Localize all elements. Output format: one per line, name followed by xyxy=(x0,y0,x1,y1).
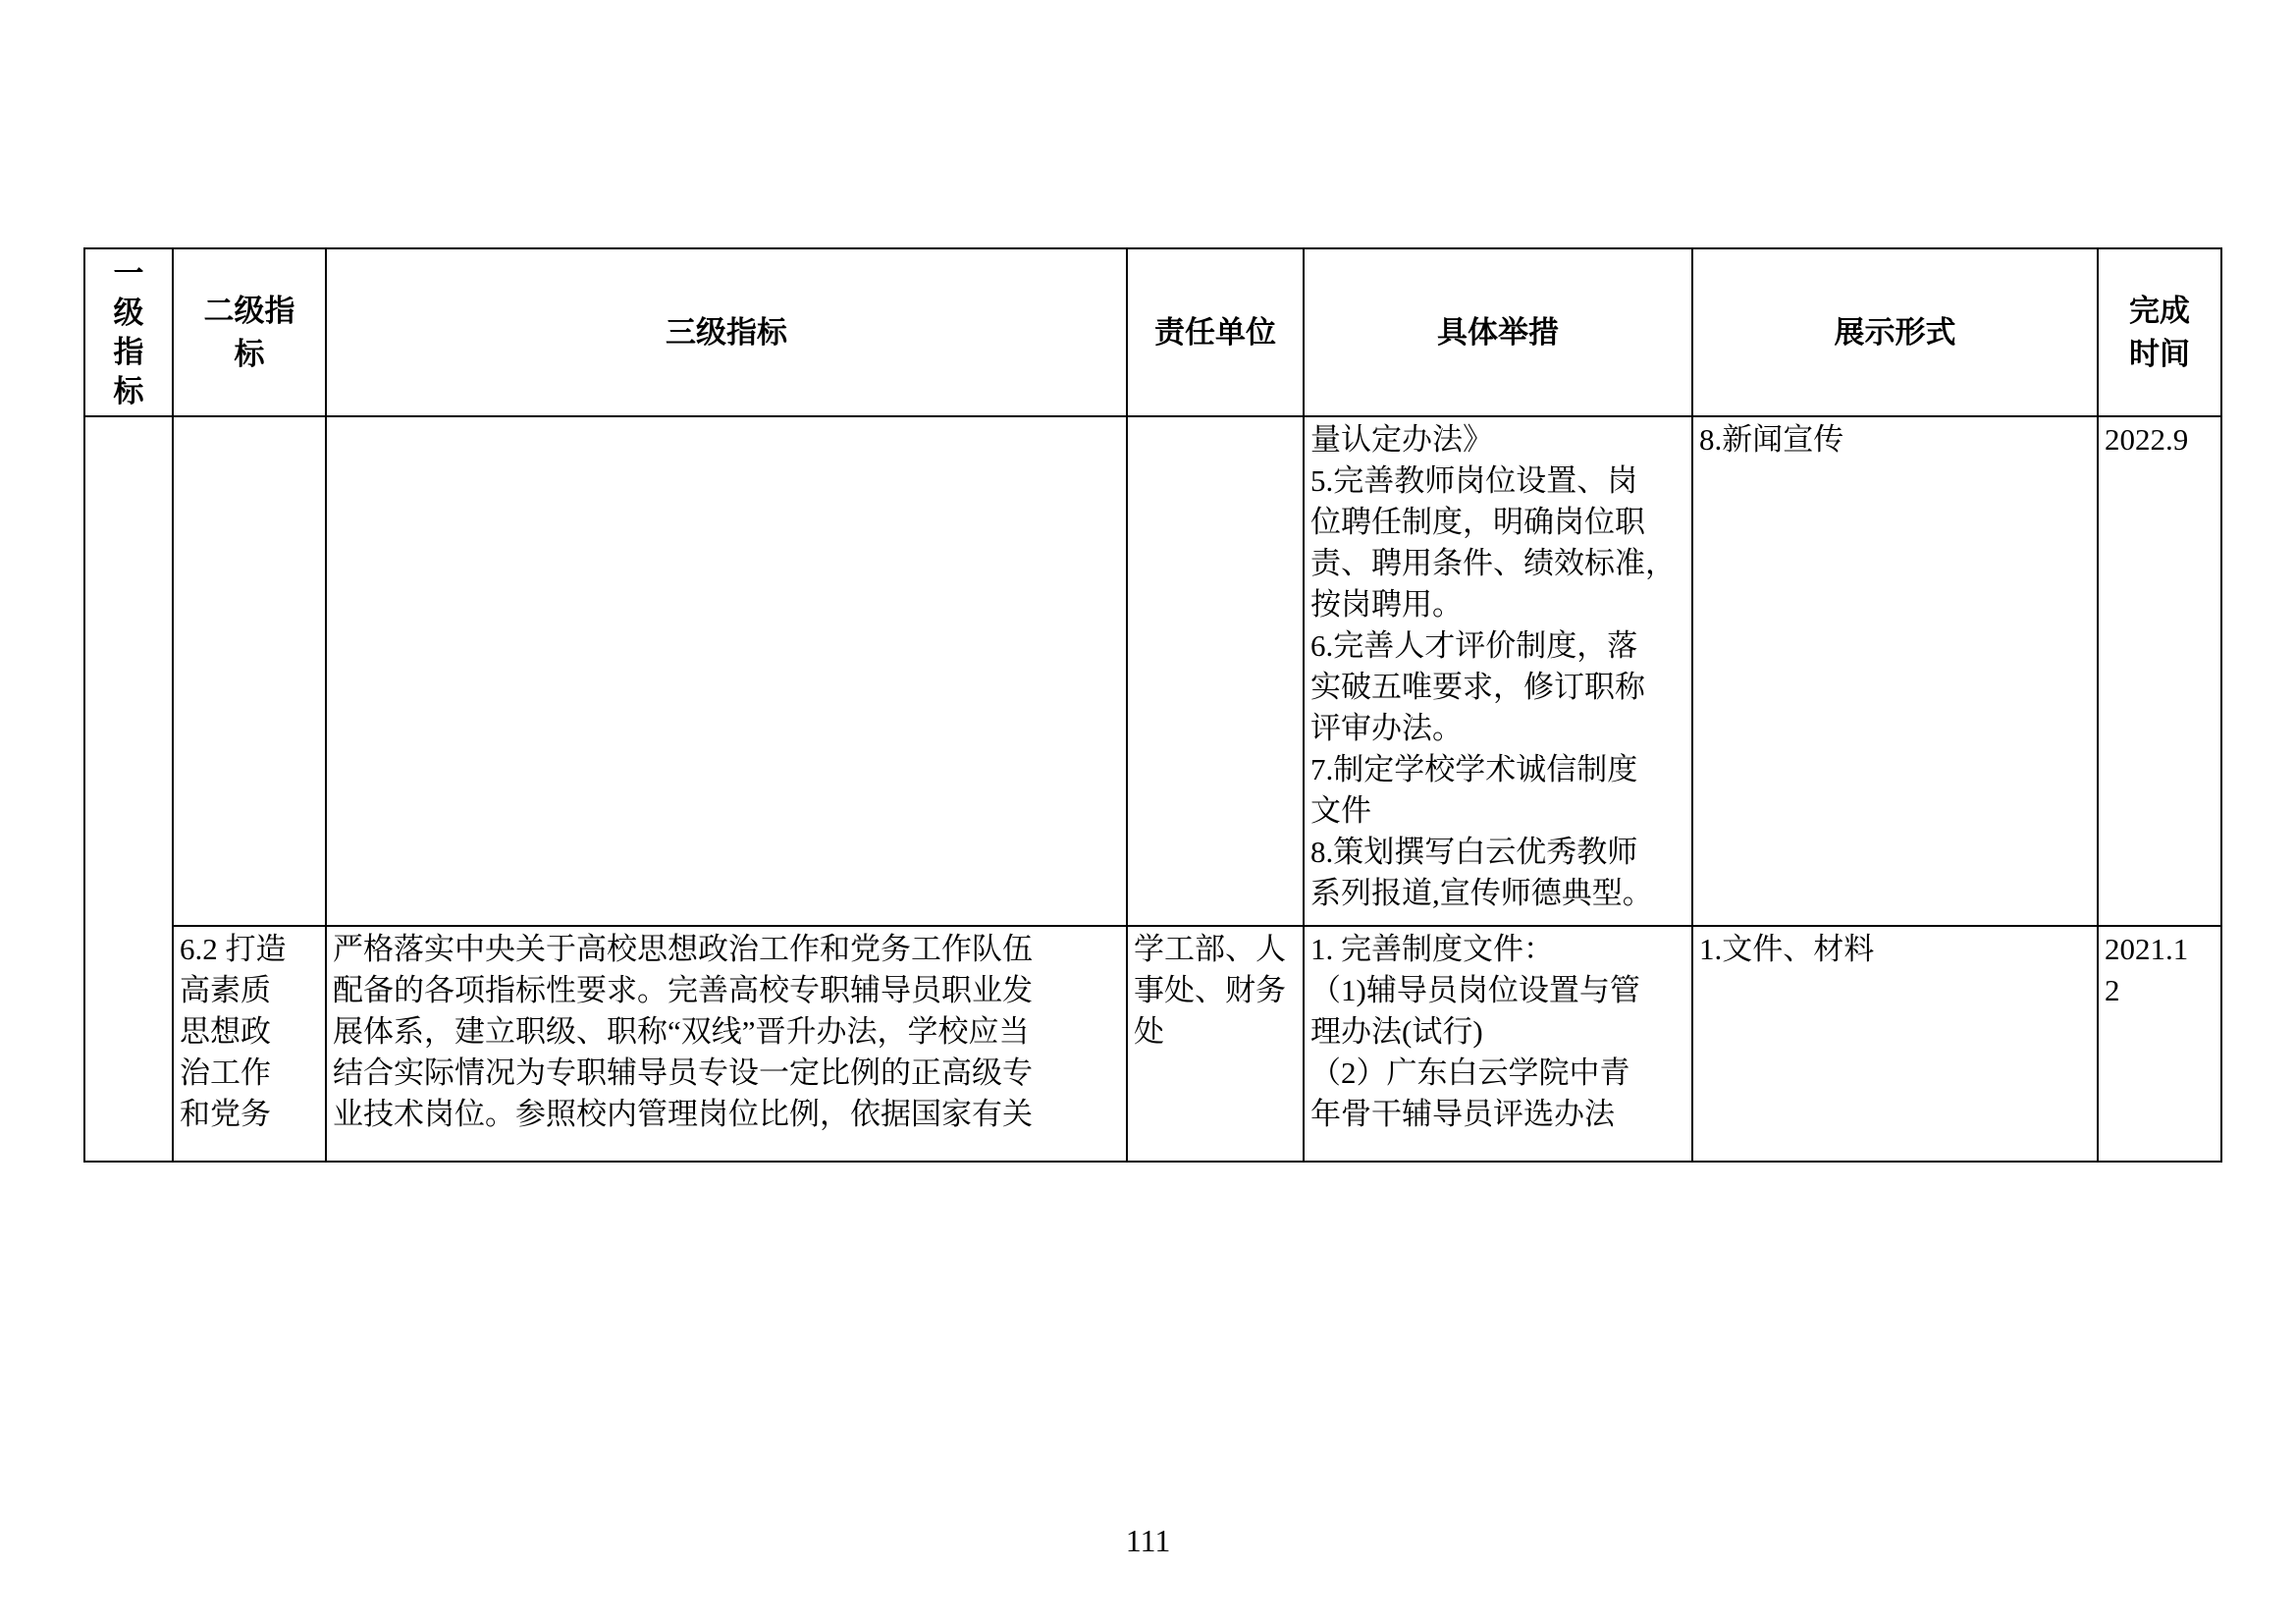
col-header-level3-indicator: 三级指标 xyxy=(326,248,1127,416)
table-row-6-2: 6.2 打造 高素质 思想政 治工作 和党务 严格落实中央关于高校思想政治工作和… xyxy=(84,926,2221,1162)
indicator-plan-table: 一 级 指 标 二级指 标 三级指标 责任单位 具体举措 展示形式 完成 时间 … xyxy=(83,247,2222,1163)
col-header-level1-indicator: 一 级 指 标 xyxy=(84,248,173,416)
cell-row2-responsible-unit: 学工部、人 事处、财务 处 xyxy=(1127,926,1304,1162)
page-number: 111 xyxy=(0,1520,2296,1561)
col-header-display-form: 展示形式 xyxy=(1692,248,2098,416)
cell-row1-level3 xyxy=(326,416,1127,926)
cell-row2-completion-time: 2021.1 2 xyxy=(2098,926,2221,1162)
cell-row2-level2: 6.2 打造 高素质 思想政 治工作 和党务 xyxy=(173,926,326,1162)
col-header-completion-time: 完成 时间 xyxy=(2098,248,2221,416)
col-header-level2-indicator: 二级指 标 xyxy=(173,248,326,416)
cell-row1-specific-measures: 量认定办法》 5.完善教师岗位设置、岗 位聘任制度，明确岗位职 责、聘用条件、绩… xyxy=(1304,416,1692,926)
cell-row1-responsible-unit xyxy=(1127,416,1304,926)
cell-row1-level2 xyxy=(173,416,326,926)
cell-level1-merged xyxy=(84,416,173,1162)
cell-row1-display-form: 8.新闻宣传 xyxy=(1692,416,2098,926)
cell-row1-completion-time: 2022.9 xyxy=(2098,416,2221,926)
col-header-responsible-unit: 责任单位 xyxy=(1127,248,1304,416)
table-row-continuation: 量认定办法》 5.完善教师岗位设置、岗 位聘任制度，明确岗位职 责、聘用条件、绩… xyxy=(84,416,2221,926)
cell-row2-level3: 严格落实中央关于高校思想政治工作和党务工作队伍 配备的各项指标性要求。完善高校专… xyxy=(326,926,1127,1162)
table-header-row: 一 级 指 标 二级指 标 三级指标 责任单位 具体举措 展示形式 完成 时间 xyxy=(84,248,2221,416)
col-header-specific-measures: 具体举措 xyxy=(1304,248,1692,416)
cell-row2-specific-measures: 1. 完善制度文件： （1)辅导员岗位设置与管 理办法(试行) （2）广东白云学… xyxy=(1304,926,1692,1162)
cell-row2-display-form: 1.文件、材料 xyxy=(1692,926,2098,1162)
